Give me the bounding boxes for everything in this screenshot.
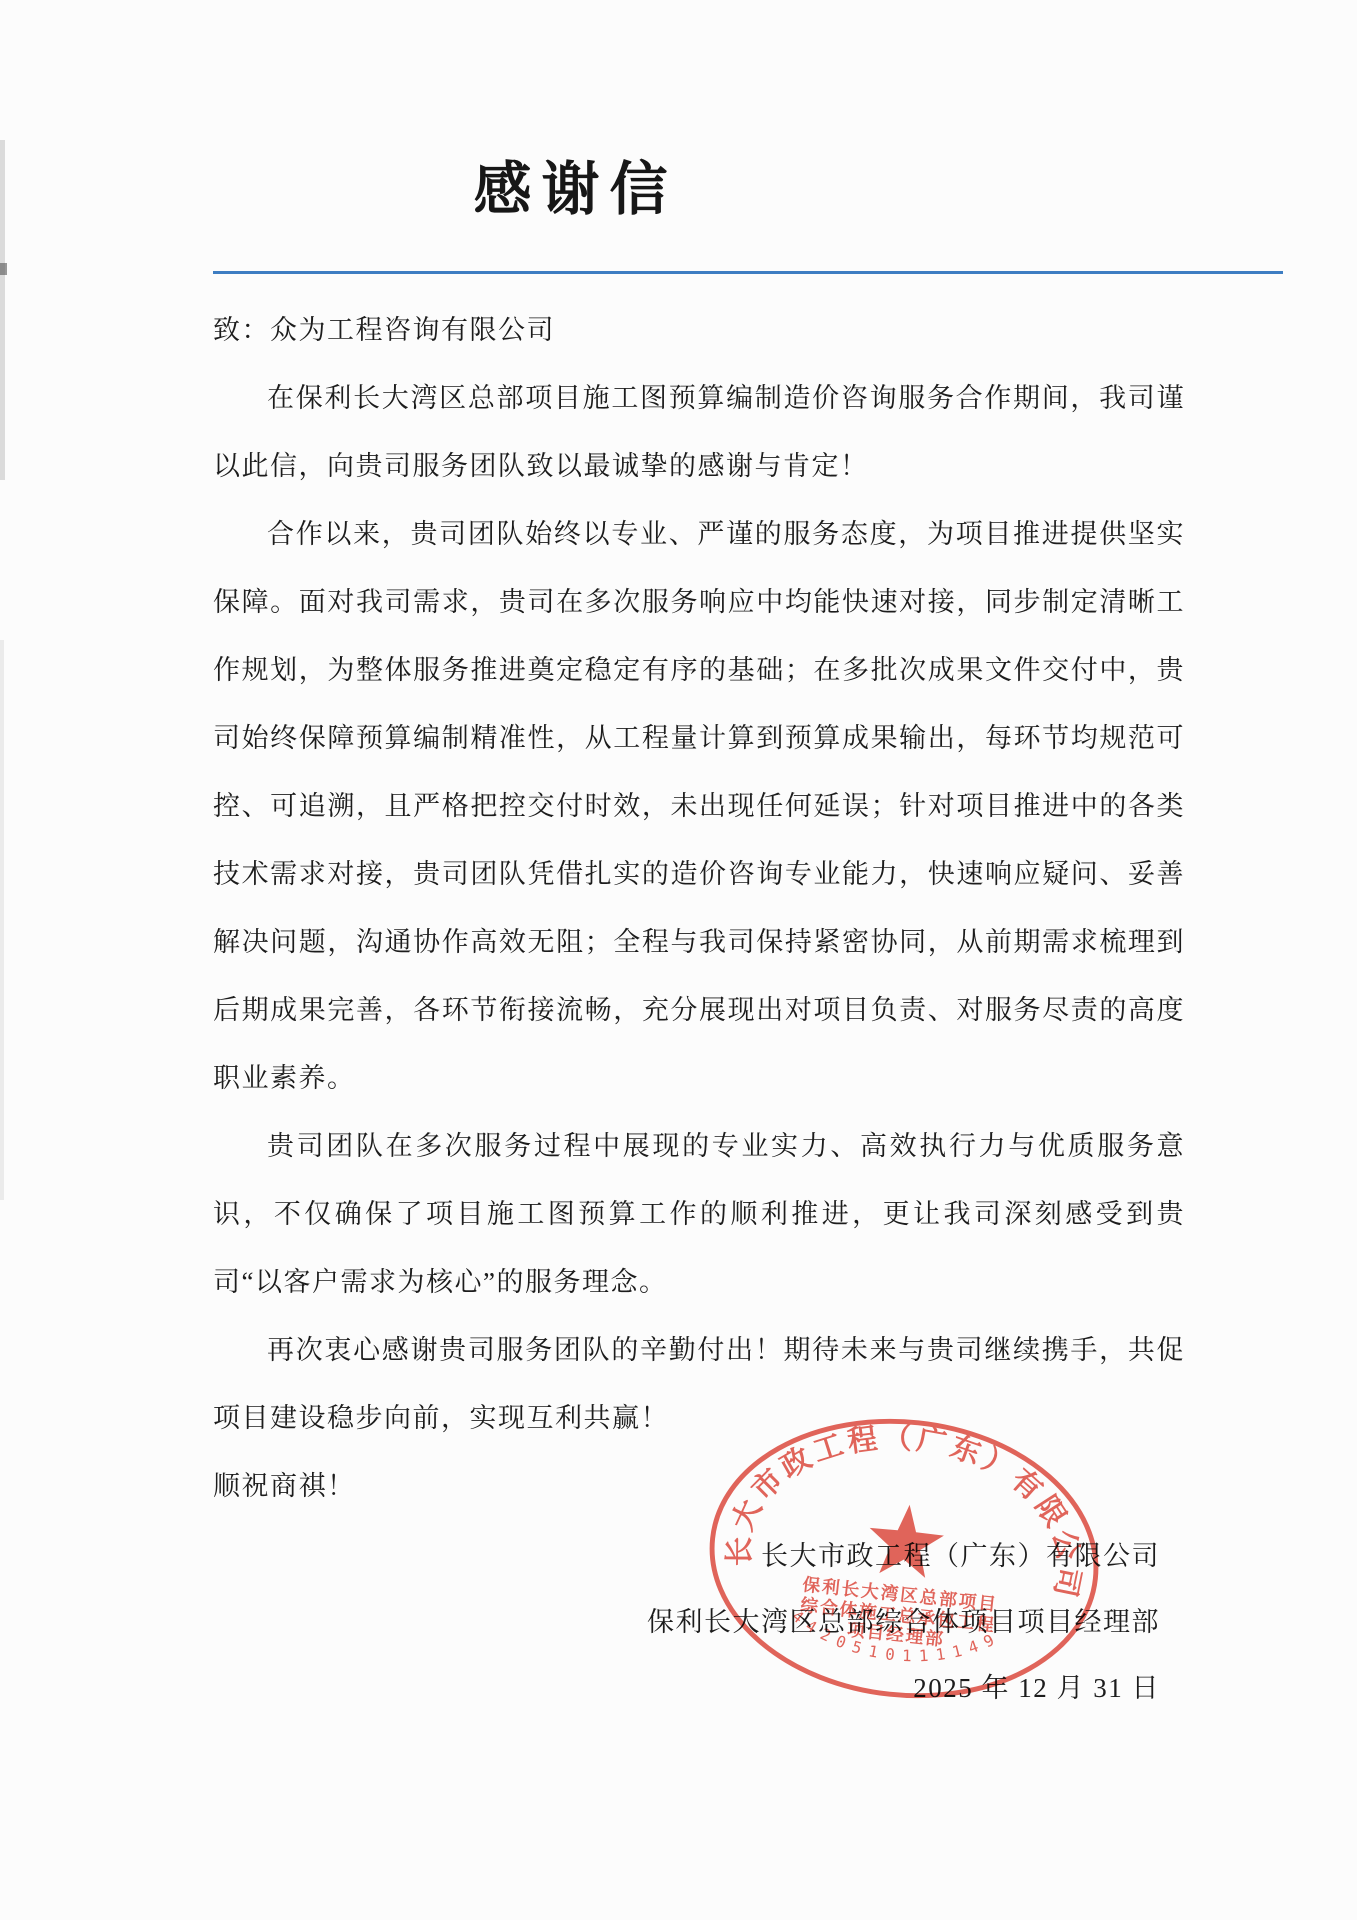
title-underline bbox=[213, 271, 1283, 274]
scan-artifact bbox=[0, 640, 4, 1200]
recipient-line: 致：众为工程咨询有限公司 bbox=[213, 296, 1185, 364]
letter-body: 致：众为工程咨询有限公司 在保利长大湾区总部项目施工图预算编制造价咨询服务合作期… bbox=[213, 296, 1185, 1520]
company-seal-stamp: 长大市政工程（广东）有限公司 保利长大湾区总部项目 综合体施工总承包工程 项目经… bbox=[673, 1384, 1135, 1732]
letter-page: 感谢信 致：众为工程咨询有限公司 在保利长大湾区总部项目施工图预算编制造价咨询服… bbox=[0, 0, 1357, 1920]
paragraph-2: 合作以来，贵司团队始终以专业、严谨的服务态度，为项目推进提供坚实保障。面对我司需… bbox=[213, 500, 1185, 1112]
letter-title: 感谢信 bbox=[0, 142, 1254, 226]
paragraph-1: 在保利长大湾区总部项目施工图预算编制造价咨询服务合作期间，我司谨以此信，向贵司服… bbox=[213, 364, 1185, 500]
star-icon bbox=[865, 1501, 947, 1579]
seal-outer-text: 长大市政工程（广东）有限公司 bbox=[720, 1404, 1100, 1604]
paragraph-3: 贵司团队在多次服务过程中展现的专业实力、高效执行力与优质服务意识，不仅确保了项目… bbox=[213, 1112, 1185, 1316]
scan-artifact bbox=[0, 263, 7, 275]
